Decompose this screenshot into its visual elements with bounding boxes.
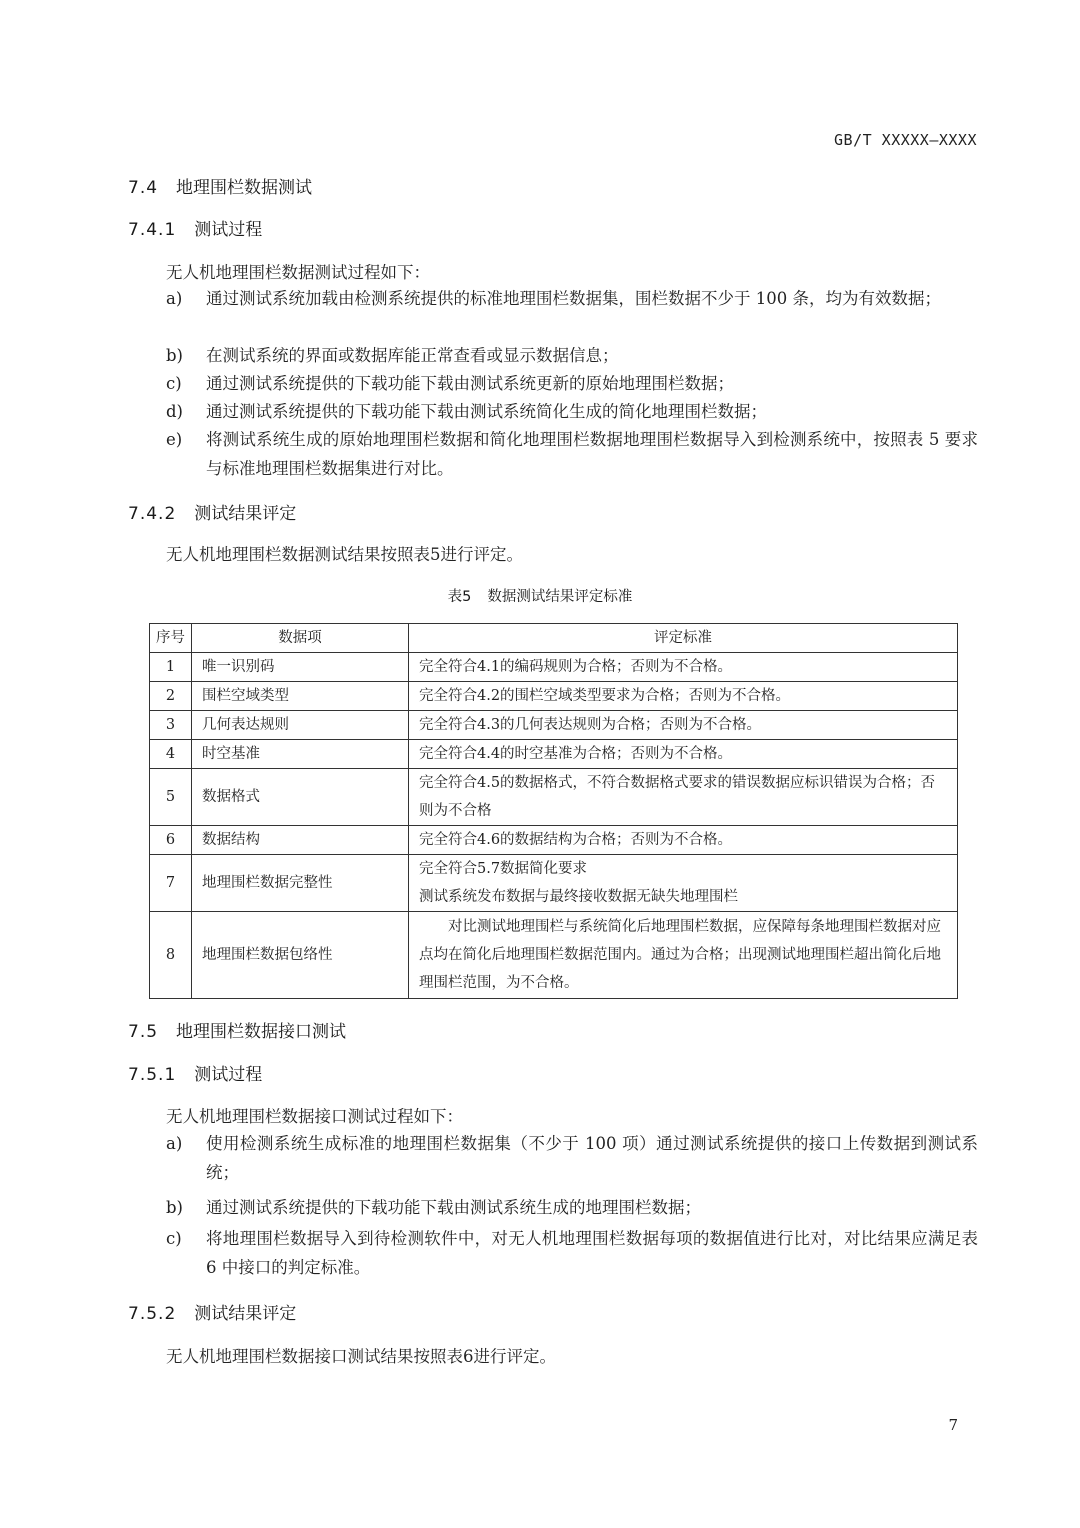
cell-criteria: 完全符合4.6的数据结构为合格；否则为不合格。 xyxy=(409,826,958,855)
table-row: 3 几何表达规则 完全符合4.3的几何表达规则为合格；否则为不合格。 xyxy=(150,711,958,740)
section-heading-7-5-1: 7.5.1测试过程 xyxy=(128,1060,262,1085)
table-header-row: 序号 数据项 评定标准 xyxy=(150,624,958,653)
list-text: 通过测试系统提供的下载功能下载由测试系统简化生成的简化地理围栏数据； xyxy=(206,397,978,426)
cell-criteria: 完全符合4.3的几何表达规则为合格；否则为不合格。 xyxy=(409,711,958,740)
header-no: 序号 xyxy=(150,624,192,653)
cell-no: 3 xyxy=(150,711,192,740)
section-heading-7-5: 7.5地理围栏数据接口测试 xyxy=(128,1017,346,1042)
criteria-line: 完全符合5.7数据简化要求 xyxy=(419,855,947,883)
section-title: 地理围栏数据接口测试 xyxy=(176,1022,346,1042)
cell-no: 6 xyxy=(150,826,192,855)
section-heading-7-4-1: 7.4.1测试过程 xyxy=(128,215,262,240)
cell-no: 2 xyxy=(150,682,192,711)
list-item: b) 在测试系统的界面或数据库能正常查看或显示数据信息； xyxy=(166,341,978,370)
section-number: 7.5 xyxy=(128,1022,158,1042)
list-text: 通过测试系统提供的下载功能下载由测试系统生成的地理围栏数据； xyxy=(206,1193,978,1222)
header-item: 数据项 xyxy=(192,624,409,653)
section-title: 地理围栏数据测试 xyxy=(176,178,312,198)
cell-criteria: 完全符合4.2的围栏空域类型要求为合格；否则为不合格。 xyxy=(409,682,958,711)
list-item: a) 通过测试系统加载由检测系统提供的标准地理围栏数据集，围栏数据不少于 100… xyxy=(166,284,978,313)
section-heading-7-4-2: 7.4.2测试结果评定 xyxy=(128,499,296,524)
table-row: 7 地理围栏数据完整性 完全符合5.7数据简化要求 测试系统发布数据与最终接收数… xyxy=(150,855,958,912)
cell-item: 数据结构 xyxy=(192,826,409,855)
list-text: 使用检测系统生成标准的地理围栏数据集（不少于 100 项）通过测试系统提供的接口… xyxy=(206,1129,978,1187)
list-text: 在测试系统的界面或数据库能正常查看或显示数据信息； xyxy=(206,341,978,370)
cell-no: 5 xyxy=(150,769,192,826)
table-row: 8 地理围栏数据包络性 对比测试地理围栏与系统简化后地理围栏数据，应保障每条地理… xyxy=(150,912,958,999)
section-number: 7.5.1 xyxy=(128,1065,176,1085)
table-row: 1 唯一识别码 完全符合4.1的编码规则为合格；否则为不合格。 xyxy=(150,653,958,682)
list-item: b) 通过测试系统提供的下载功能下载由测试系统生成的地理围栏数据； xyxy=(166,1193,978,1222)
list-marker: e) xyxy=(166,425,182,454)
header-criteria: 评定标准 xyxy=(409,624,958,653)
cell-item: 时空基准 xyxy=(192,740,409,769)
table-row: 2 围栏空域类型 完全符合4.2的围栏空域类型要求为合格；否则为不合格。 xyxy=(150,682,958,711)
list-item: a) 使用检测系统生成标准的地理围栏数据集（不少于 100 项）通过测试系统提供… xyxy=(166,1129,978,1187)
list-item: c) 将地理围栏数据导入到待检测软件中，对无人机地理围栏数据每项的数据值进行比对… xyxy=(166,1224,978,1282)
cell-item: 围栏空域类型 xyxy=(192,682,409,711)
cell-no: 7 xyxy=(150,855,192,912)
paragraph-result: 无人机地理围栏数据接口测试结果按照表6进行评定。 xyxy=(166,1343,556,1367)
list-item: c) 通过测试系统提供的下载功能下载由测试系统更新的原始地理围栏数据； xyxy=(166,369,978,398)
cell-no: 4 xyxy=(150,740,192,769)
section-number: 7.4.1 xyxy=(128,220,176,240)
table-row: 4 时空基准 完全符合4.4的时空基准为合格；否则为不合格。 xyxy=(150,740,958,769)
cell-criteria: 完全符合4.4的时空基准为合格；否则为不合格。 xyxy=(409,740,958,769)
cell-criteria: 完全符合5.7数据简化要求 测试系统发布数据与最终接收数据无缺失地理围栏 xyxy=(409,855,958,912)
page-number: 7 xyxy=(948,1416,958,1434)
table-row: 5 数据格式 完全符合4.5的数据格式，不符合数据格式要求的错误数据应标识错误为… xyxy=(150,769,958,826)
list-marker: c) xyxy=(166,369,182,398)
list-text: 通过测试系统提供的下载功能下载由测试系统更新的原始地理围栏数据； xyxy=(206,369,978,398)
section-number: 7.4 xyxy=(128,178,158,198)
table-caption-label: 表5 xyxy=(448,589,472,605)
list-marker: a) xyxy=(166,1129,182,1158)
cell-no: 8 xyxy=(150,912,192,999)
section-number: 7.5.2 xyxy=(128,1304,176,1324)
table-caption-title: 数据测试结果评定标准 xyxy=(487,589,632,605)
section-number: 7.4.2 xyxy=(128,504,176,524)
cell-item: 几何表达规则 xyxy=(192,711,409,740)
list-marker: a) xyxy=(166,284,182,313)
paragraph-intro: 无人机地理围栏数据接口测试过程如下： xyxy=(166,1103,463,1127)
cell-criteria: 完全符合4.1的编码规则为合格；否则为不合格。 xyxy=(409,653,958,682)
cell-item: 数据格式 xyxy=(192,769,409,826)
list-marker: c) xyxy=(166,1224,182,1253)
list-item: e) 将测试系统生成的原始地理围栏数据和简化地理围栏数据地理围栏数据导入到检测系… xyxy=(166,425,978,483)
paragraph-intro: 无人机地理围栏数据测试过程如下： xyxy=(166,259,430,283)
table-caption: 表5数据测试结果评定标准 xyxy=(0,585,1080,606)
section-title: 测试过程 xyxy=(194,220,262,240)
section-title: 测试过程 xyxy=(194,1065,262,1085)
list-marker: d) xyxy=(166,397,183,426)
list-item: d) 通过测试系统提供的下载功能下载由测试系统简化生成的简化地理围栏数据； xyxy=(166,397,978,426)
document-page: GB/T XXXXX—XXXX 7.4地理围栏数据测试 7.4.1测试过程 无人… xyxy=(0,0,1080,1528)
criteria-line: 测试系统发布数据与最终接收数据无缺失地理围栏 xyxy=(419,883,947,911)
list-marker: b) xyxy=(166,1193,183,1222)
standard-code: GB/T XXXXX—XXXX xyxy=(834,131,977,149)
list-text: 将地理围栏数据导入到待检测软件中，对无人机地理围栏数据每项的数据值进行比对，对比… xyxy=(206,1224,978,1282)
section-title: 测试结果评定 xyxy=(194,504,296,524)
paragraph-result: 无人机地理围栏数据测试结果按照表5进行评定。 xyxy=(166,541,523,565)
list-marker: b) xyxy=(166,341,183,370)
cell-item: 地理围栏数据完整性 xyxy=(192,855,409,912)
section-heading-7-5-2: 7.5.2测试结果评定 xyxy=(128,1299,296,1324)
section-title: 测试结果评定 xyxy=(194,1304,296,1324)
cell-item: 唯一识别码 xyxy=(192,653,409,682)
cell-item: 地理围栏数据包络性 xyxy=(192,912,409,999)
cell-no: 1 xyxy=(150,653,192,682)
criteria-table: 序号 数据项 评定标准 1 唯一识别码 完全符合4.1的编码规则为合格；否则为不… xyxy=(149,623,958,999)
cell-criteria: 对比测试地理围栏与系统简化后地理围栏数据，应保障每条地理围栏数据对应点均在简化后… xyxy=(409,912,958,999)
cell-criteria: 完全符合4.5的数据格式，不符合数据格式要求的错误数据应标识错误为合格；否则为不… xyxy=(409,769,958,826)
table-row: 6 数据结构 完全符合4.6的数据结构为合格；否则为不合格。 xyxy=(150,826,958,855)
list-text: 通过测试系统加载由检测系统提供的标准地理围栏数据集，围栏数据不少于 100 条，… xyxy=(206,284,978,313)
section-heading-7-4: 7.4地理围栏数据测试 xyxy=(128,173,312,198)
list-text: 将测试系统生成的原始地理围栏数据和简化地理围栏数据地理围栏数据导入到检测系统中，… xyxy=(206,425,978,483)
